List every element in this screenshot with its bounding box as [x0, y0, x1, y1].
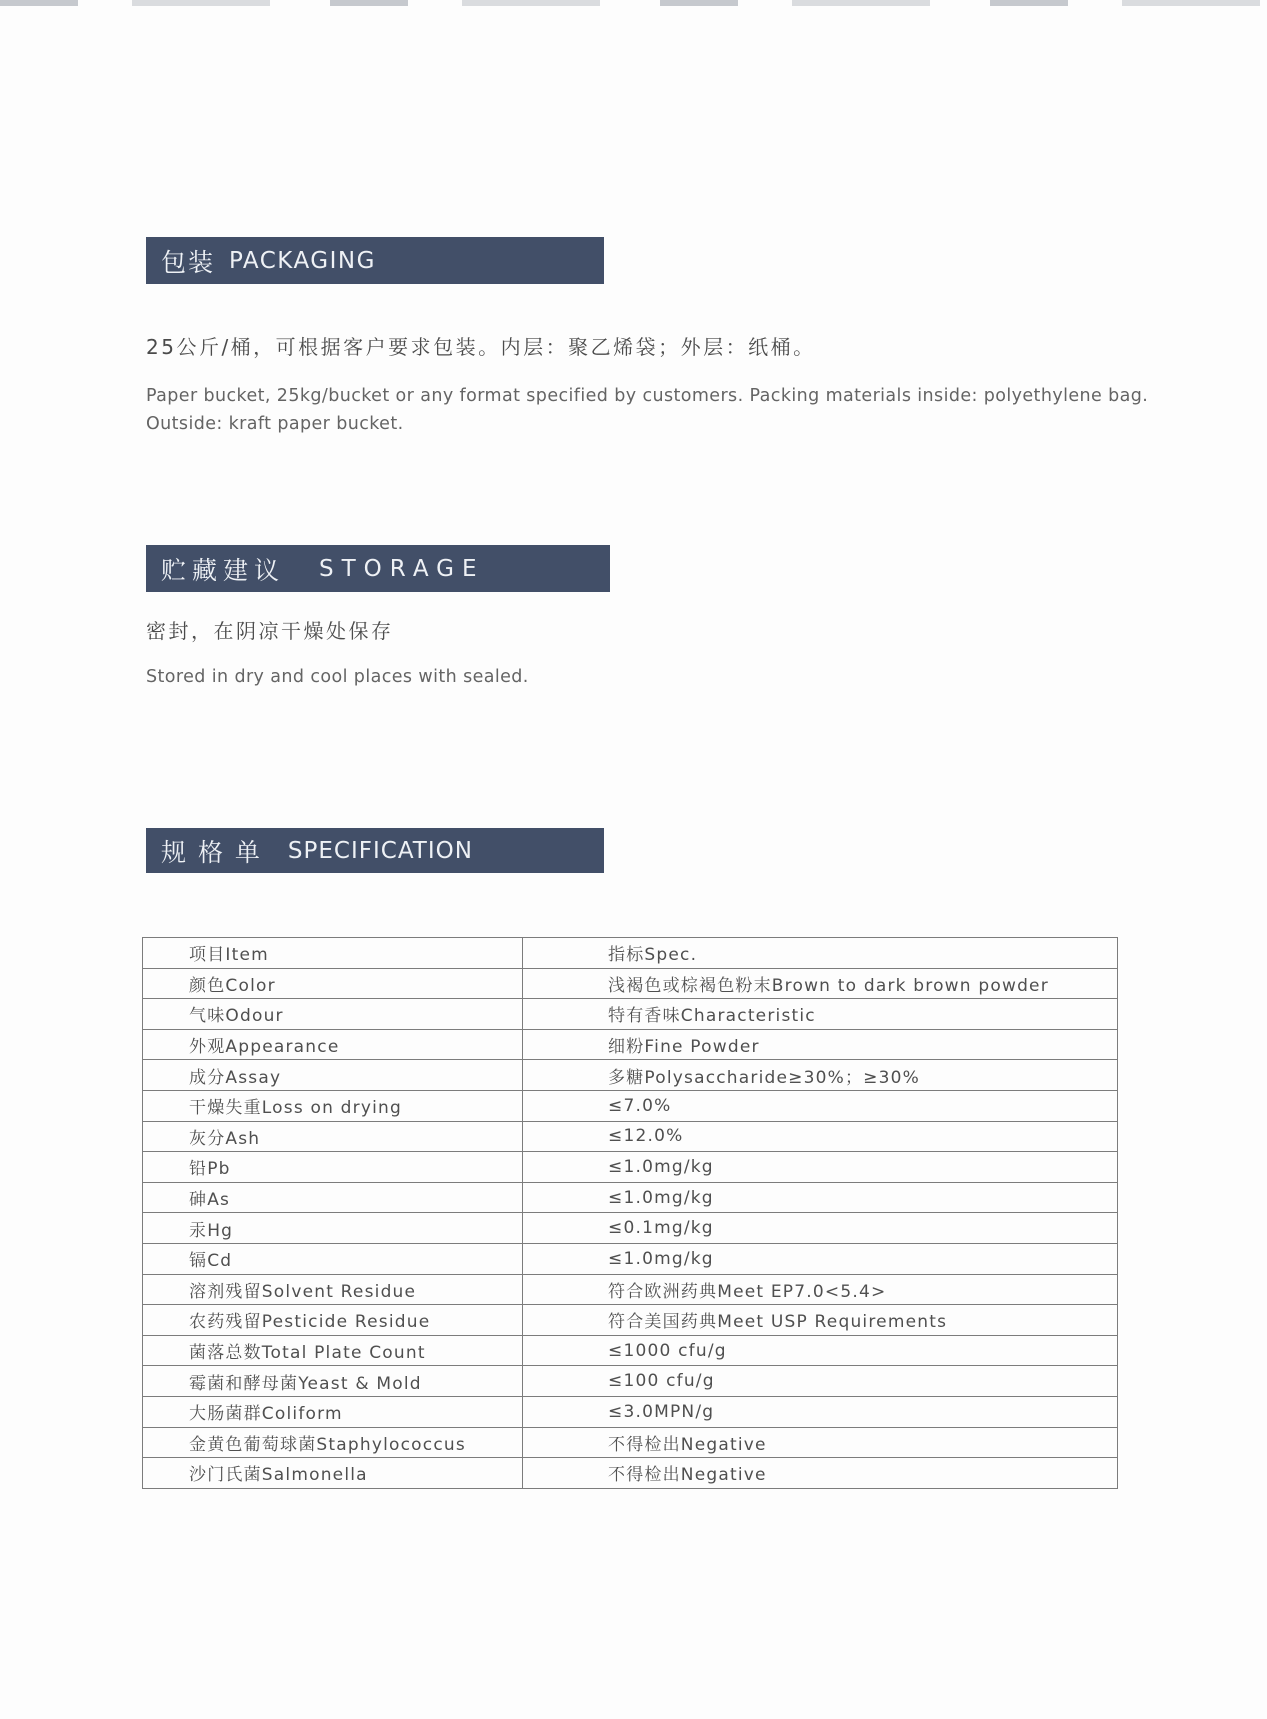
table-row: 灰分Ash ≤12.0%: [143, 1121, 1118, 1152]
table-row: 外观Appearance 细粉Fine Powder: [143, 1029, 1118, 1060]
table-row: 农药残留Pesticide Residue 符合美国药典Meet USP Req…: [143, 1305, 1118, 1336]
table-row: 汞Hg ≤0.1mg/kg: [143, 1213, 1118, 1244]
table-cell-spec: 多糖Polysaccharide≥30%；≥30%: [523, 1060, 1118, 1091]
table-cell-spec: 浅褐色或棕褐色粉末Brown to dark brown powder: [523, 968, 1118, 999]
document-page: 包装 PACKAGING 25公斤/桶，可根据客户要求包装。内层：聚乙烯袋；外层…: [0, 0, 1267, 1719]
table-cell-spec: ≤1.0mg/kg: [523, 1182, 1118, 1213]
table-row: 金黄色葡萄球菌Staphylococcus 不得检出Negative: [143, 1427, 1118, 1458]
table-row: 菌落总数Total Plate Count ≤1000 cfu/g: [143, 1335, 1118, 1366]
table-cell-spec: 指标Spec.: [523, 938, 1118, 969]
packaging-body-en: Paper bucket, 25kg/bucket or any format …: [146, 382, 1148, 438]
table-cell-item: 项目Item: [143, 938, 523, 969]
table-cell-spec: 符合欧洲药典Meet EP7.0<5.4>: [523, 1274, 1118, 1305]
table-cell-item: 溶剂残留Solvent Residue: [143, 1274, 523, 1305]
table-cell-item: 菌落总数Total Plate Count: [143, 1335, 523, 1366]
table-row: 干燥失重Loss on drying ≤7.0%: [143, 1090, 1118, 1121]
table-cell-spec: 不得检出Negative: [523, 1458, 1118, 1489]
spec-table-container: 项目Item 指标Spec. 颜色Color 浅褐色或棕褐色粉末Brown to…: [142, 937, 1118, 1489]
table-cell-spec: ≤100 cfu/g: [523, 1366, 1118, 1397]
table-cell-item: 外观Appearance: [143, 1029, 523, 1060]
table-cell-item: 成分Assay: [143, 1060, 523, 1091]
storage-title-zh: 贮藏建议: [161, 551, 285, 587]
section-header-packaging: 包装 PACKAGING: [146, 237, 604, 284]
section-header-specification: 规 格 单 SPECIFICATION: [146, 828, 604, 873]
table-cell-item: 镉Cd: [143, 1243, 523, 1274]
table-row: 铅Pb ≤1.0mg/kg: [143, 1152, 1118, 1183]
storage-body-zh: 密封，在阴凉干燥处保存: [146, 615, 394, 644]
specification-title-zh: 规 格 单: [161, 833, 262, 869]
table-cell-spec: 特有香味Characteristic: [523, 999, 1118, 1030]
storage-title-en: STORAGE: [319, 556, 485, 582]
table-row: 项目Item 指标Spec.: [143, 938, 1118, 969]
table-row: 镉Cd ≤1.0mg/kg: [143, 1243, 1118, 1274]
section-header-storage: 贮藏建议 STORAGE: [146, 545, 610, 592]
packaging-body-en-line1: Paper bucket, 25kg/bucket or any format …: [146, 382, 1148, 410]
table-cell-spec: ≤1.0mg/kg: [523, 1152, 1118, 1183]
table-cell-item: 颜色Color: [143, 968, 523, 999]
table-cell-item: 汞Hg: [143, 1213, 523, 1244]
packaging-title-en: PACKAGING: [229, 248, 376, 274]
table-row: 砷As ≤1.0mg/kg: [143, 1182, 1118, 1213]
packaging-body-zh: 25公斤/桶，可根据客户要求包装。内层：聚乙烯袋；外层：纸桶。: [146, 331, 816, 360]
table-cell-item: 气味Odour: [143, 999, 523, 1030]
table-cell-spec: ≤7.0%: [523, 1090, 1118, 1121]
table-cell-item: 农药残留Pesticide Residue: [143, 1305, 523, 1336]
scan-artifact-strip: [0, 0, 1267, 6]
table-row: 气味Odour 特有香味Characteristic: [143, 999, 1118, 1030]
table-cell-item: 干燥失重Loss on drying: [143, 1090, 523, 1121]
table-cell-spec: ≤12.0%: [523, 1121, 1118, 1152]
specification-title-en: SPECIFICATION: [288, 838, 473, 864]
table-cell-spec: 细粉Fine Powder: [523, 1029, 1118, 1060]
table-cell-item: 霉菌和酵母菌Yeast & Mold: [143, 1366, 523, 1397]
table-cell-spec: ≤3.0MPN/g: [523, 1396, 1118, 1427]
table-cell-spec: ≤0.1mg/kg: [523, 1213, 1118, 1244]
spec-table: 项目Item 指标Spec. 颜色Color 浅褐色或棕褐色粉末Brown to…: [142, 937, 1118, 1489]
table-cell-item: 大肠菌群Coliform: [143, 1396, 523, 1427]
table-cell-item: 灰分Ash: [143, 1121, 523, 1152]
table-row: 沙门氏菌Salmonella 不得检出Negative: [143, 1458, 1118, 1489]
table-row: 大肠菌群Coliform ≤3.0MPN/g: [143, 1396, 1118, 1427]
storage-body-en: Stored in dry and cool places with seale…: [146, 663, 529, 691]
table-cell-spec: ≤1000 cfu/g: [523, 1335, 1118, 1366]
table-cell-spec: 符合美国药典Meet USP Requirements: [523, 1305, 1118, 1336]
table-cell-item: 沙门氏菌Salmonella: [143, 1458, 523, 1489]
table-row: 溶剂残留Solvent Residue 符合欧洲药典Meet EP7.0<5.4…: [143, 1274, 1118, 1305]
table-cell-item: 金黄色葡萄球菌Staphylococcus: [143, 1427, 523, 1458]
table-cell-item: 砷As: [143, 1182, 523, 1213]
table-row: 成分Assay 多糖Polysaccharide≥30%；≥30%: [143, 1060, 1118, 1091]
table-cell-item: 铅Pb: [143, 1152, 523, 1183]
packaging-body-en-line2: Outside: kraft paper bucket.: [146, 410, 1148, 438]
table-row: 霉菌和酵母菌Yeast & Mold ≤100 cfu/g: [143, 1366, 1118, 1397]
packaging-title-zh: 包装: [161, 243, 215, 279]
table-cell-spec: ≤1.0mg/kg: [523, 1243, 1118, 1274]
table-row: 颜色Color 浅褐色或棕褐色粉末Brown to dark brown pow…: [143, 968, 1118, 999]
table-cell-spec: 不得检出Negative: [523, 1427, 1118, 1458]
